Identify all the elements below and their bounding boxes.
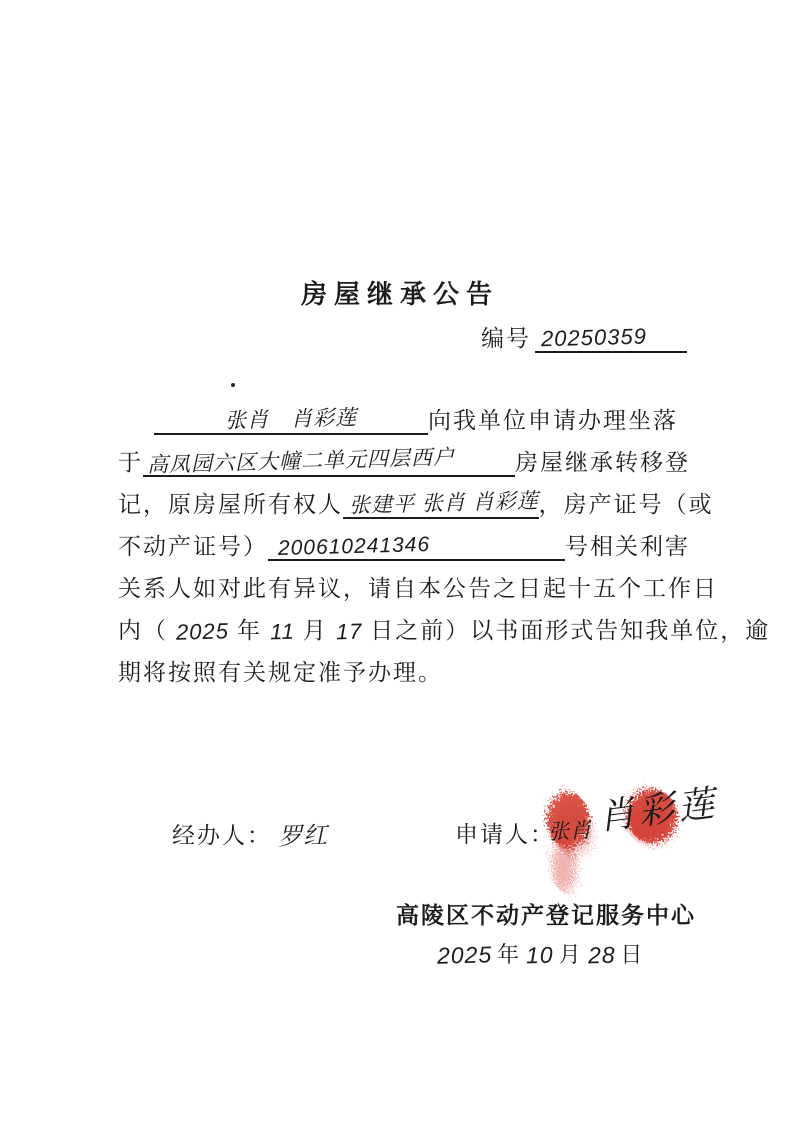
address-blank-underline: 高凤园六区大幢二单元四层西户 (143, 441, 515, 477)
issue-date-row: 2025 年 10 月 28 日 (432, 938, 644, 969)
serial-label: 编号 (481, 320, 531, 353)
issuing-organization: 高陵区不动产登记服务中心 (396, 897, 696, 930)
scanned-document-page: 房屋继承公告 编号 20250359 张肖 肖彩莲 向我单位申请办理坐落 于 高… (0, 0, 800, 1144)
body-line-4: 不动产证号） 200610241346 号相关利害 (118, 525, 690, 561)
applicants-blank-underline: 张肖 肖彩莲 (154, 399, 428, 435)
owners-blank-underline: 张建平 张肖 肖彩莲 (343, 483, 539, 519)
applicant-signature-2-handwritten: 肖彩莲 (595, 775, 720, 840)
deadline-month-unit: 月 (303, 612, 328, 645)
document-title: 房屋继承公告 (0, 274, 800, 311)
address-handwritten: 高凤园六区大幢二单元四层西户 (147, 441, 456, 479)
line3-suffix: ，房产证号（或 (539, 486, 714, 519)
body-line-3: 记，原房屋所有权人 张建平 张肖 肖彩莲 ，房产证号（或 (118, 483, 690, 519)
line2-prefix: 于 (118, 444, 143, 477)
deadline-year-unit: 年 (237, 612, 262, 645)
line1-printed-text: 向我单位申请办理坐落 (428, 402, 678, 435)
objection-text: 关系人如对此有异议，请自本公告之日起十五个工作日 (118, 570, 718, 603)
date-year-handwritten: 2025 (437, 941, 493, 969)
date-day-unit: 日 (620, 938, 644, 969)
serial-number-row: 编号 20250359 (481, 320, 687, 353)
closing-text: 期将按照有关规定准予办理。 (118, 654, 443, 687)
owners-handwritten: 张建平 张肖 肖彩莲 (349, 485, 539, 520)
body-line-2: 于 高凤园六区大幢二单元四层西户 房屋继承转移登 (118, 441, 690, 477)
applicant-block: 申请人： (455, 816, 555, 849)
line4-suffix: 号相关利害 (565, 528, 690, 561)
deadline-open: 内（ (118, 612, 168, 645)
deadline-year-handwritten: 2025 (176, 618, 230, 645)
date-year-unit: 年 (497, 938, 521, 969)
body-line-5: 关系人如对此有异议，请自本公告之日起十五个工作日 (118, 567, 690, 603)
applicants-handwritten: 张肖 肖彩莲 (225, 401, 358, 434)
handler-block: 经办人： 罗红 (172, 816, 328, 851)
cert-number-handwritten: 200610241346 (278, 533, 431, 561)
applicant-label: 申请人： (455, 816, 555, 849)
handler-signature-handwritten: 罗红 (277, 815, 328, 852)
handler-label: 经办人： (172, 817, 272, 850)
applicant-signature-1-handwritten: 张肖 (547, 814, 593, 846)
body-line-6: 内（ 2025 年 11 月 17 日之前）以书面形式告知我单位，逾 (118, 609, 690, 645)
stray-ink-dot (231, 383, 235, 387)
date-month-handwritten: 10 (526, 942, 554, 970)
date-day-handwritten: 28 (587, 942, 615, 970)
cert-number-underline: 200610241346 (268, 525, 565, 561)
serial-underline: 20250359 (535, 324, 687, 353)
body-line-1: 张肖 肖彩莲 向我单位申请办理坐落 (118, 399, 690, 435)
cert-label: 不动产证号） (118, 528, 268, 561)
body-line-7: 期将按照有关规定准予办理。 (118, 651, 690, 687)
deadline-day-handwritten: 17 (335, 619, 362, 646)
date-month-unit: 月 (559, 938, 583, 969)
line2-printed-text: 房屋继承转移登 (515, 444, 690, 477)
deadline-close: 日之前）以书面形式告知我单位，逾 (370, 612, 770, 645)
serial-value-handwritten: 20250359 (535, 324, 648, 353)
line3-prefix: 记，原房屋所有权人 (118, 486, 343, 519)
deadline-month-handwritten: 11 (270, 619, 296, 646)
